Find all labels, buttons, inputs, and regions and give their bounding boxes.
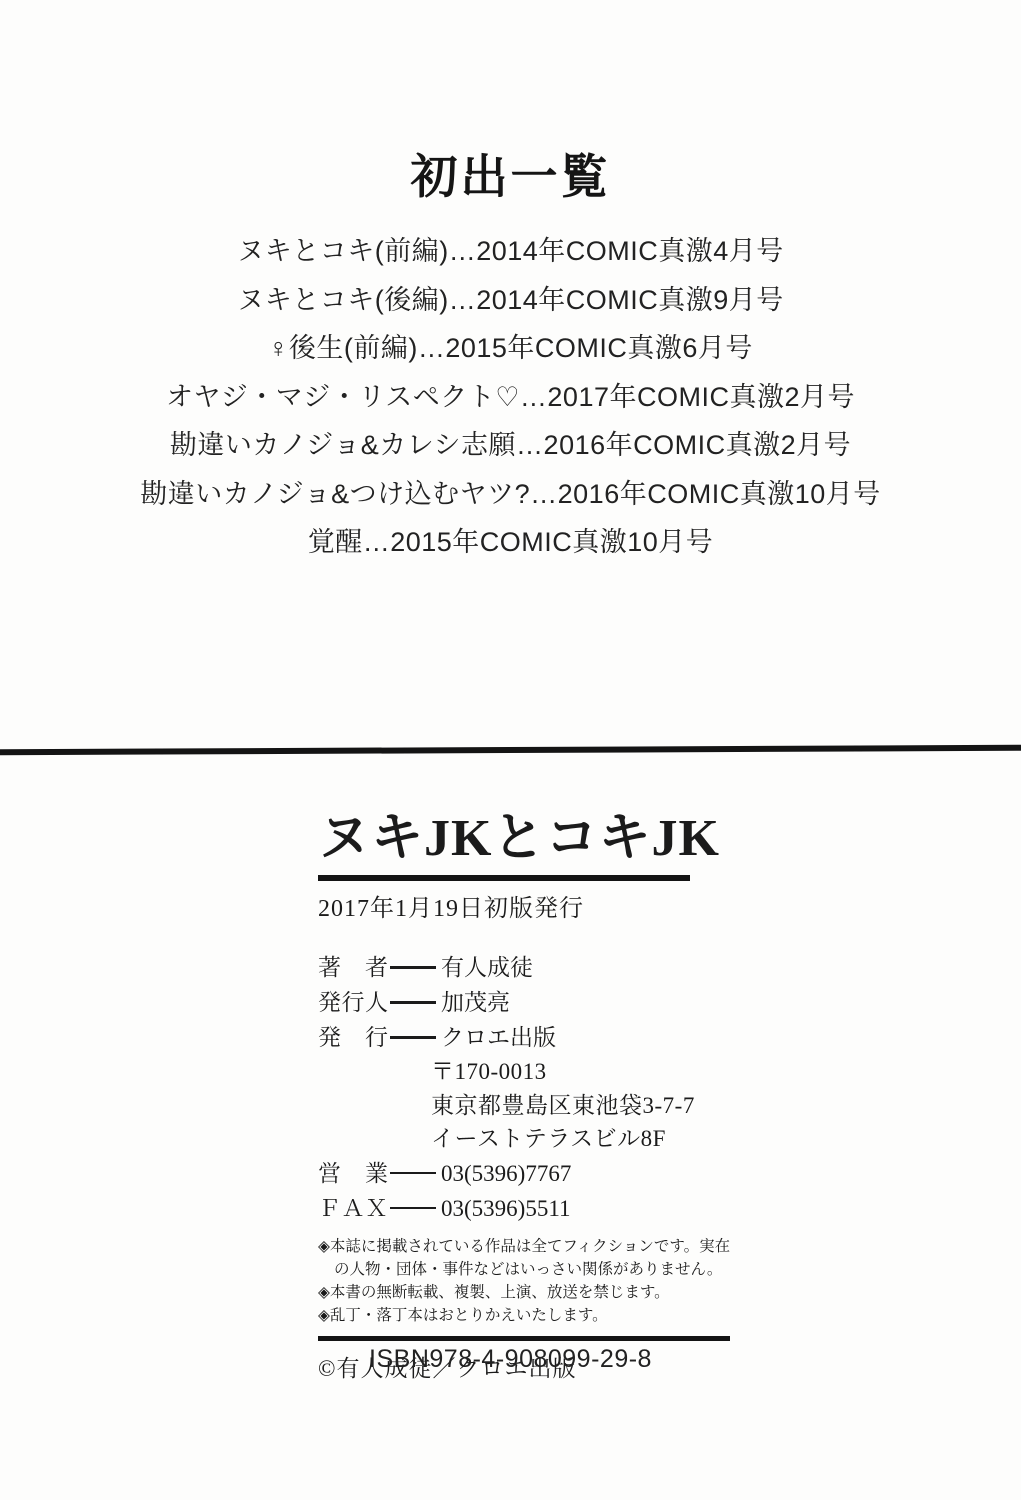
address-line: 東京都豊島区東池袋3-7-7 — [431, 1089, 738, 1123]
notice-defective-copies: ◈乱丁・落丁本はおとりかえいたします。 — [318, 1304, 732, 1327]
leader-dash — [390, 1207, 436, 1210]
publication-entry: オヤジ・マジ・リスペクト♡…2017年COMIC真激2月号 — [0, 373, 1021, 422]
diamond-bullet-icon: ◈ — [318, 1238, 330, 1255]
publication-entry: ♀後生(前編)…2015年COMIC真激6月号 — [0, 324, 1021, 373]
publication-entry: 勘違いカノジョ&カレシ志願…2016年COMIC真激2月号 — [0, 421, 1021, 470]
isbn: ISBN978-4-908099-29-8 — [0, 1345, 1021, 1374]
contact-label: 営 業 — [318, 1156, 390, 1191]
diamond-bullet-icon: ◈ — [318, 1307, 330, 1324]
leader-dash — [390, 1001, 436, 1004]
postal-code: 〒170-0013 — [431, 1055, 738, 1089]
first-publication-list: ヌキとコキ(前編)…2014年COMIC真激4月号 ヌキとコキ(後編)…2014… — [0, 227, 1021, 567]
credits-list: 著 者 有人成徒 発行人 加茂亮 発 行 クロエ出版 — [318, 950, 738, 1055]
publication-entry: 勘違いカノジョ&つけ込むヤツ?…2016年COMIC真激10月号 — [0, 470, 1021, 519]
contacts-list: 営 業 03(5396)7767 ＦＡＸ 03(5396)5511 — [318, 1156, 738, 1226]
edition-date: 2017年1月19日初版発行 — [318, 888, 738, 923]
credit-row-publisher-person: 発行人 加茂亮 — [318, 985, 738, 1020]
credit-value: 有人成徒 — [441, 950, 533, 985]
book-title: ヌキJKとコキJK — [318, 806, 738, 871]
credit-label: 発 行 — [318, 1020, 390, 1055]
publication-entry: 覚醒…2015年COMIC真激10月号 — [0, 518, 1021, 567]
colophon-page: 初出一覧 ヌキとコキ(前編)…2014年COMIC真激4月号 ヌキとコキ(後編)… — [0, 0, 1021, 1500]
contact-phone: 03(5396)7767 — [441, 1156, 571, 1191]
publication-entry: ヌキとコキ(後編)…2014年COMIC真激9月号 — [0, 276, 1021, 325]
contact-row-fax: ＦＡＸ 03(5396)5511 — [318, 1191, 738, 1226]
credit-row-publisher: 発 行 クロエ出版 — [318, 1020, 738, 1055]
diamond-bullet-icon: ◈ — [318, 1284, 330, 1301]
legal-notices: ◈本誌に掲載されている作品は全てフィクションです。実在の人物・団体・事件などはい… — [318, 1235, 732, 1327]
contact-fax: 03(5396)5511 — [441, 1191, 570, 1226]
credit-value: 加茂亮 — [441, 985, 510, 1020]
notice-no-reproduction: ◈本書の無断転載、複製、上演、放送を禁じます。 — [318, 1281, 732, 1304]
title-underline — [318, 875, 690, 881]
publisher-address: 〒170-0013 東京都豊島区東池袋3-7-7 イーストテラスビル8F — [431, 1055, 738, 1156]
contact-label: ＦＡＸ — [318, 1191, 390, 1226]
leader-dash — [390, 966, 436, 969]
credit-value: クロエ出版 — [441, 1020, 556, 1055]
colophon-block: ヌキJKとコキJK 2017年1月19日初版発行 著 者 有人成徒 発行人 加茂… — [318, 806, 738, 1383]
notice-fiction: ◈本誌に掲載されている作品は全てフィクションです。実在の人物・団体・事件などはい… — [318, 1235, 732, 1281]
address-line: イーストテラスビル8F — [431, 1122, 738, 1156]
copyright-divider-line — [318, 1336, 730, 1341]
credit-label: 著 者 — [318, 950, 390, 985]
publication-entry: ヌキとコキ(前編)…2014年COMIC真激4月号 — [0, 227, 1021, 276]
contact-row-sales: 営 業 03(5396)7767 — [318, 1156, 738, 1191]
credit-row-author: 著 者 有人成徒 — [318, 950, 738, 985]
first-publication-title: 初出一覧 — [0, 140, 1021, 207]
section-divider-bar — [0, 745, 1021, 755]
leader-dash — [390, 1036, 436, 1039]
leader-dash — [390, 1172, 436, 1175]
first-publication-section: 初出一覧 ヌキとコキ(前編)…2014年COMIC真激4月号 ヌキとコキ(後編)… — [0, 140, 1021, 567]
credit-label: 発行人 — [318, 985, 390, 1020]
